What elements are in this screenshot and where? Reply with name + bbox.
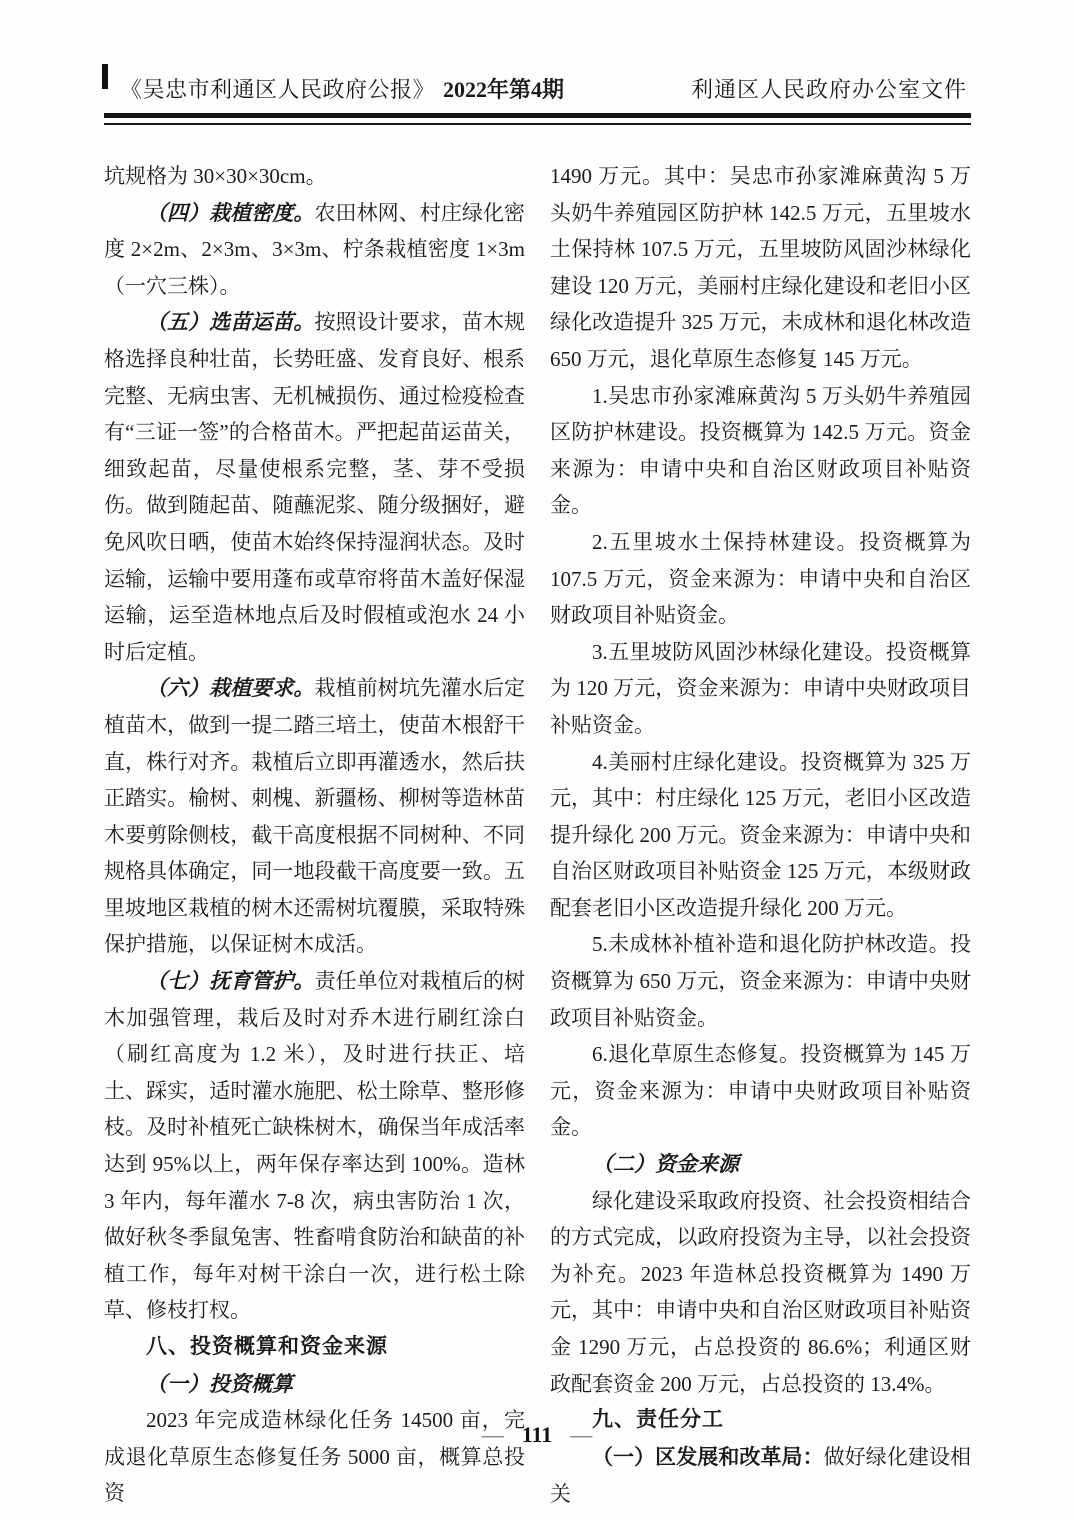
right-column: 1490 万元。其中：吴忠市孙家滩麻黄沟 5 万头奶牛养殖园区防护林 142.5… — [550, 158, 971, 1513]
document-body: 坑规格为 30×30×30cm。 （四）栽植密度。农田林网、村庄绿化密度 2×2… — [104, 158, 971, 1513]
heading-chapter-8: 八、投资概算和资金来源 — [104, 1329, 525, 1366]
paragraph-item-5: 5.未成林补植补造和退化防护林改造。投资概算为 650 万元，资金来源为：申请中… — [550, 926, 971, 1036]
gazette-page: 《吴忠市利通区人民政府公报》2022年第4期 利通区人民政府办公室文件 坑规格为… — [0, 0, 1074, 1520]
left-column: 坑规格为 30×30×30cm。 （四）栽植密度。农田林网、村庄绿化密度 2×2… — [104, 158, 525, 1513]
paragraph-continuation: 1490 万元。其中：吴忠市孙家滩麻黄沟 5 万头奶牛养殖园区防护林 142.5… — [550, 158, 971, 378]
paragraph-item-2: 2.五里坡水土保持林建设。投资概算为 107.5 万元，资金来源为：申请中央和自… — [550, 524, 971, 634]
paragraph-text: 1490 万元。其中：吴忠市孙家滩麻黄沟 5 万头奶牛养殖园区防护林 142.5… — [550, 164, 971, 371]
paragraph-text: 栽植前树坑先灌水后定植苗木，做到一提二踏三培土，使苗木根舒干直，株行对齐。栽植后… — [104, 676, 525, 956]
paragraph-text: 4.美丽村庄绿化建设。投资概算为 325 万元，其中：村庄绿化 125 万元，老… — [550, 750, 971, 920]
heading-subsection-1: （一）投资概算 — [104, 1366, 525, 1403]
paragraph-section-6: （六）栽植要求。栽植前树坑先灌水后定植苗木，做到一提二踏三培土，使苗木根舒干直，… — [104, 670, 525, 963]
header-left: 《吴忠市利通区人民政府公报》2022年第4期 — [120, 76, 564, 104]
paragraph-text: 5.未成林补植补造和退化防护林改造。投资概算为 650 万元，资金来源为：申请中… — [550, 932, 971, 1029]
paragraph-text: 3.五里坡防风固沙林绿化建设。投资概算为 120 万元，资金来源为：申请中央财政… — [550, 640, 971, 737]
gazette-title: 《吴忠市利通区人民政府公报》 — [120, 77, 435, 102]
page-number: 111 — [522, 1422, 553, 1447]
paragraph-item-4: 4.美丽村庄绿化建设。投资概算为 325 万元，其中：村庄绿化 125 万元，老… — [550, 744, 971, 927]
paragraph-item-1: 1.吴忠市孙家滩麻黄沟 5 万头奶牛养殖园区防护林建设。投资概算为 142.5 … — [550, 378, 971, 524]
scan-artifact-mark — [102, 64, 108, 89]
paragraph-text: 6.退化草原生态修复。投资概算为 145 万元，资金来源为：申请中央财政项目补贴… — [550, 1042, 971, 1139]
paragraph-lead: （五）选苗运苗。 — [146, 310, 314, 334]
paragraph-lead: （一）区发展和改革局： — [592, 1446, 824, 1469]
paragraph-section-7: （七）抚育管护。责任单位对栽植后的树木加强管理，栽后及时对乔木进行刷红涂白（刷红… — [104, 963, 525, 1329]
paragraph-text: 按照设计要求，苗木规格选择良种壮苗，长势旺盛、发育良好、根系完整、无病虫害、无机… — [104, 310, 525, 663]
footer-dash-right: — — [570, 1422, 592, 1447]
page-header: 《吴忠市利通区人民政府公报》2022年第4期 利通区人民政府办公室文件 — [104, 76, 971, 104]
paragraph-section-4: （四）栽植密度。农田林网、村庄绿化密度 2×2m、2×3m、3×3m、柠条栽植密… — [104, 195, 525, 305]
page-footer: —111— — [0, 1422, 1074, 1448]
paragraph-responsibility-1: （一）区发展和改革局：做好绿化建设相关 — [550, 1439, 971, 1513]
gazette-issue: 2022年第4期 — [443, 77, 564, 102]
paragraph-continuation: 坑规格为 30×30×30cm。 — [104, 158, 525, 195]
paragraph-text: 坑规格为 30×30×30cm。 — [104, 164, 327, 188]
paragraph-item-3: 3.五里坡防风固沙林绿化建设。投资概算为 120 万元，资金来源为：申请中央财政… — [550, 634, 971, 744]
paragraph-text: 绿化建设采取政府投资、社会投资相结合的方式完成，以政府投资为主导，以社会投资为补… — [550, 1189, 971, 1396]
footer-dash-left: — — [482, 1422, 504, 1447]
paragraph-item-6: 6.退化草原生态修复。投资概算为 145 万元，资金来源为：申请中央财政项目补贴… — [550, 1036, 971, 1146]
header-double-rule — [104, 113, 971, 125]
paragraph-text: 2.五里坡水土保持林建设。投资概算为 107.5 万元，资金来源为：申请中央和自… — [550, 530, 971, 627]
paragraph-lead: （七）抚育管护。 — [146, 969, 314, 993]
heading-subsection-2: （二）资金来源 — [550, 1146, 971, 1183]
paragraph-section-5: （五）选苗运苗。按照设计要求，苗木规格选择良种壮苗，长势旺盛、发育良好、根系完整… — [104, 304, 525, 670]
paragraph-lead: （四）栽植密度。 — [146, 201, 314, 225]
paragraph-funding-sources: 绿化建设采取政府投资、社会投资相结合的方式完成，以政府投资为主导，以社会投资为补… — [550, 1183, 971, 1403]
paragraph-text: 1.吴忠市孙家滩麻黄沟 5 万头奶牛养殖园区防护林建设。投资概算为 142.5 … — [550, 384, 971, 518]
paragraph-text: 责任单位对栽植后的树木加强管理，栽后及时对乔木进行刷红涂白（刷红高度为 1.2 … — [104, 969, 525, 1322]
paragraph-budget-intro: 2023 年完成造林绿化任务 14500 亩，完成退化草原生态修复任务 5000… — [104, 1402, 525, 1512]
paragraph-lead: （六）栽植要求。 — [146, 676, 314, 700]
office-document-label: 利通区人民政府办公室文件 — [691, 76, 967, 104]
